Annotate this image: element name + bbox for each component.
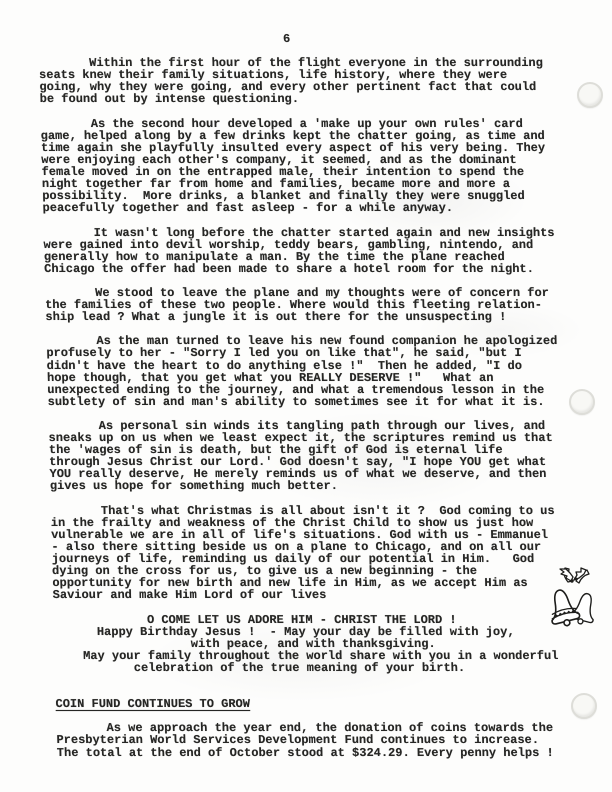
paragraph-flight-hour-one: Within the first hour of the flight ever… — [39, 57, 552, 105]
document-text: 6 Within the first hour of the flight ev… — [38, 33, 568, 759]
paragraph-card-game: As the second hour developed a 'make up … — [40, 118, 554, 215]
paragraph-christmas-meaning: That's what Christmas is all about isn't… — [50, 505, 564, 602]
scanned-newsletter-page: 6 Within the first hour of the flight ev… — [0, 0, 612, 792]
hole-punch — [577, 82, 603, 108]
page-number: 6 — [38, 33, 550, 45]
hole-punch — [571, 693, 597, 719]
paragraph-coin-fund: As we approach the year end, the donatio… — [56, 722, 568, 758]
paragraph-leaving-plane: We stood to leave the plane and my thoug… — [45, 287, 557, 323]
hole-punch — [569, 389, 595, 415]
paragraph-apology: As the man turned to leave his new found… — [46, 335, 559, 408]
paragraph-chatter-insights: It wasn't long before the chatter starte… — [43, 227, 556, 275]
section-heading-coin-fund: COIN FUND CONTINUES TO GROW — [55, 698, 567, 710]
paragraph-personal-sin: As personal sin winds its tangling path … — [48, 420, 561, 493]
closing-verse-block: O COME LET US ADORE HIM - CHRIST THE LOR… — [53, 614, 566, 674]
christmas-bells-with-holly-icon — [544, 566, 602, 628]
